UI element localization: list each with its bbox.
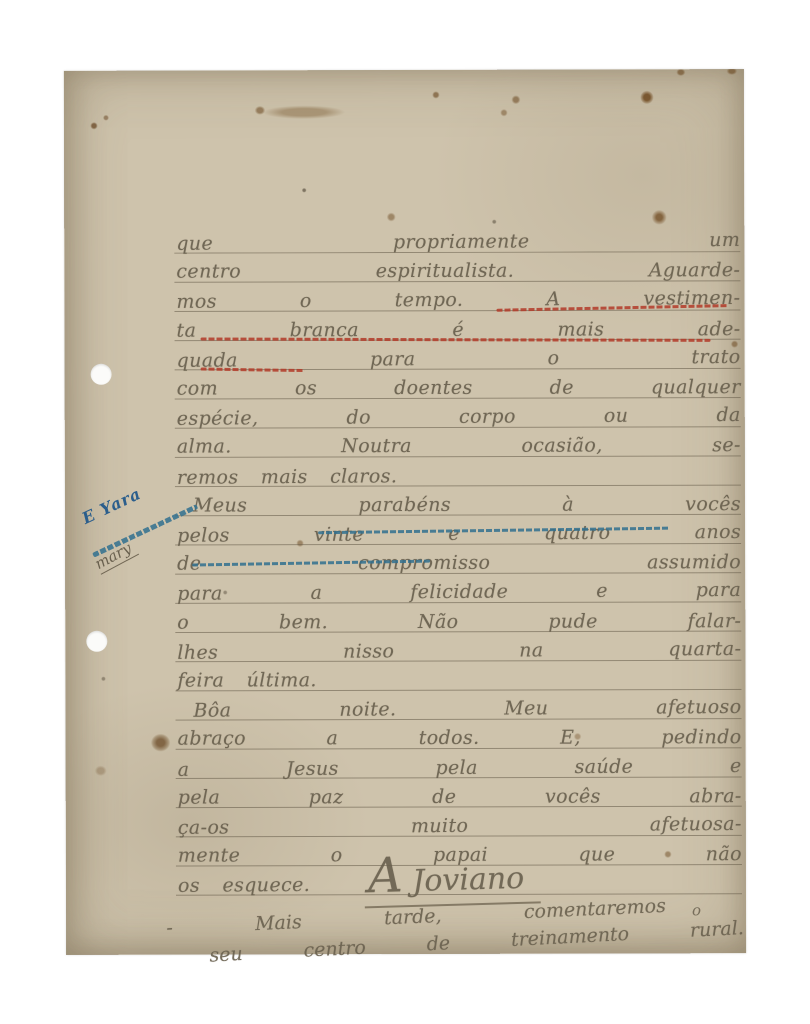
punch-hole-bottom (86, 631, 107, 652)
letter-line: abraço a todos. E, pedindo (178, 725, 742, 753)
letter-line: a Jesus pela saúde e (178, 752, 742, 783)
letter-line: pelos vinte e quatro anos (177, 519, 741, 550)
letter-line: para a felicidade e para (177, 577, 741, 608)
letter-line: lhes nisso na quarta- (177, 636, 741, 667)
letter-lines: que propriamente umcentro espiritualista… (64, 69, 744, 71)
letter-page: que propriamente umcentro espiritualista… (64, 69, 746, 955)
letter-line: pela paz de vocês abra- (178, 783, 742, 811)
letter-line: Meus parabéns à vocês (177, 491, 741, 519)
letter-line: que propriamente um (176, 227, 740, 258)
letter-line: com os doentes de qualquer (177, 374, 741, 402)
letter-line: feira última. (177, 666, 741, 694)
letter-line: mos o tempo. A vestimen- (176, 285, 740, 316)
floating-o-mark: o (692, 901, 701, 919)
letter-line: remos mais claros. (177, 460, 741, 491)
letter-line: alma. Noutra ocasião, se- (177, 433, 741, 461)
letter-line: o bem. Não pude falar- (177, 608, 741, 636)
letter-line: espécie, do corpo ou da (177, 402, 741, 433)
underline-marks (64, 69, 744, 71)
margin-annotation-name: E Yara (79, 484, 144, 528)
letter-line: ça-os muito afetuosa- (178, 811, 742, 842)
letter-line: centro espiritualista. Aguarde- (176, 257, 740, 285)
letter-line: Bôa noite. Meu afetuoso (177, 694, 741, 725)
punch-hole-top (91, 364, 112, 385)
signature: A Joviano (363, 843, 541, 908)
